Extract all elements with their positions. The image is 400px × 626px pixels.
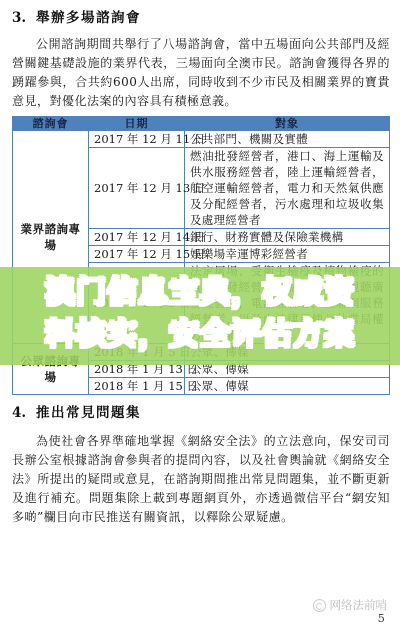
section-3: 3.舉辦多場諮詢會 公開諮詢期間共舉行了八場諮詢會，當中五場面向公共部門及經營關… [12,6,390,111]
header-date: 日期 [89,117,185,131]
cell-date: 2017 年 12 月 11 日 [89,131,185,148]
section-3-heading: 3.舉辦多場諮詢會 [12,6,390,26]
cell-date: 2017 年 12 月 13 日 [89,148,185,229]
cell-target: 娛樂場幸運博彩經營者 [185,246,390,263]
page-number: 5 [378,611,385,625]
overlay-caption-line-2: 料核实，安全评估方案 [0,314,400,356]
section-3-number: 3. [12,10,36,26]
header-session: 諮詢會 [13,117,89,131]
section-3-title: 舉辦多場諮詢會 [36,10,141,26]
cell-target: 燃油批發經營者，港口、海上運輸及供水服務經營者，陸上運輸經營者，航空運輸經營者，… [185,148,390,229]
section-4-title: 推出常見問題集 [36,405,141,421]
overlay-caption: 澳门信息宝典，权威资 料核实，安全评估方案 [0,272,400,356]
cell-target: 公眾、傳媒 [185,378,390,395]
cell-date: 2018 年 1 月 15 日 [89,378,185,395]
cell-date: 2017 年 12 月 15 日 [89,246,185,263]
watermark: 网络法前哨 [313,597,388,613]
section-4: 4.推出常見問題集 為使社會各界準確地掌握《網絡安全法》的立法意向，保安司司長辦… [12,401,390,527]
document-page: 3.舉辦多場諮詢會 公開諮詢期間共舉行了八場諮詢會，當中五場面向公共部門及經營關… [0,0,400,626]
section-4-heading: 4.推出常見問題集 [12,401,390,421]
section-4-number: 4. [12,405,36,421]
watermark-logo-icon [313,599,326,612]
header-target: 對象 [185,117,390,131]
cell-target: 銀行、財務實體及保險業機構 [185,229,390,246]
cell-date: 2017 年 12 月 14 日 [89,229,185,246]
section-4-paragraph: 為使社會各界準確地掌握《網絡安全法》的立法意向，保安司司長辦公室根據諮詢會參與者… [12,432,390,527]
section-3-paragraph: 公開諮詢期間共舉行了八場諮詢會，當中五場面向公共部門及經營關鍵基礎設施的業界代表… [12,35,390,111]
table-header-row: 諮詢會 日期 對象 [13,117,390,131]
table-row: 業界諮詢專場 2017 年 12 月 11 日 公共部門、機關及實體 [13,131,390,148]
cell-target: 公共部門、機關及實體 [185,131,390,148]
overlay-caption-line-1: 澳门信息宝典，权威资 [0,272,400,314]
